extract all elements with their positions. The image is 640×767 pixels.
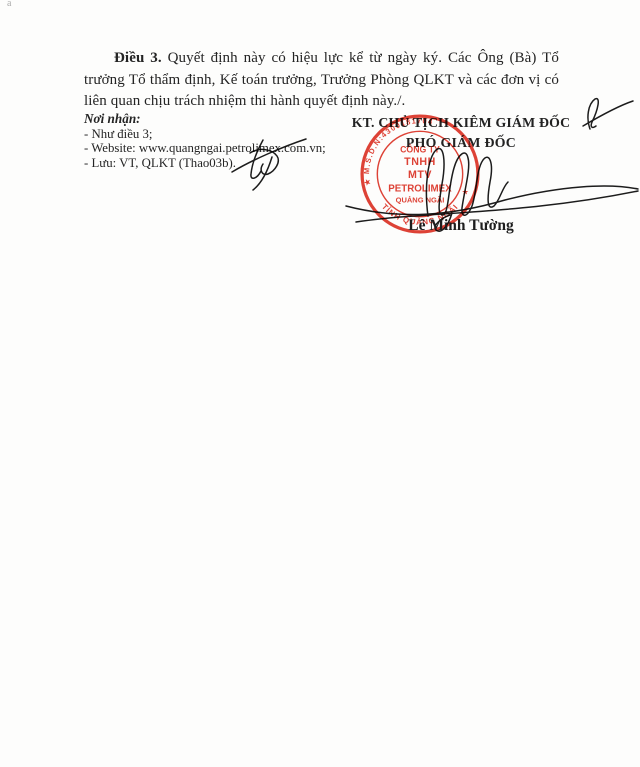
article-lead: Điều 3. xyxy=(114,50,162,66)
stamp-center-line: TNHH xyxy=(404,156,436,168)
stamp-star-right: ★ xyxy=(462,187,469,196)
recipient-item: - Website: www.quangngai.petrolimex.com.… xyxy=(84,141,326,156)
stamp-center-line: CÔNG TY xyxy=(400,144,440,155)
recipient-item: - Lưu: VT, QLKT (Thao03b). xyxy=(84,156,326,171)
recipients-label: Nơi nhận: xyxy=(84,112,326,127)
recipient-item: - Như điều 3; xyxy=(84,127,326,142)
signer-name: Lê Minh Tường xyxy=(346,217,576,235)
recipients-block: Nơi nhận: - Như điều 3; - Website: www.q… xyxy=(84,112,326,170)
approval-paraph-top-right xyxy=(583,99,633,129)
scan-artifact: a xyxy=(7,0,11,9)
body-paragraph: Điều 3. Quyết định này có hiệu lực kể từ… xyxy=(84,48,559,113)
stamp-center-line: QUẢNG NGÃI xyxy=(396,195,445,204)
document-page: a Điều 3. Quyết định này có hiệu lực kể … xyxy=(0,0,640,767)
stamp-center-line: MTV xyxy=(408,169,432,181)
stamp-center-line: PETROLIMEX xyxy=(388,183,452,194)
